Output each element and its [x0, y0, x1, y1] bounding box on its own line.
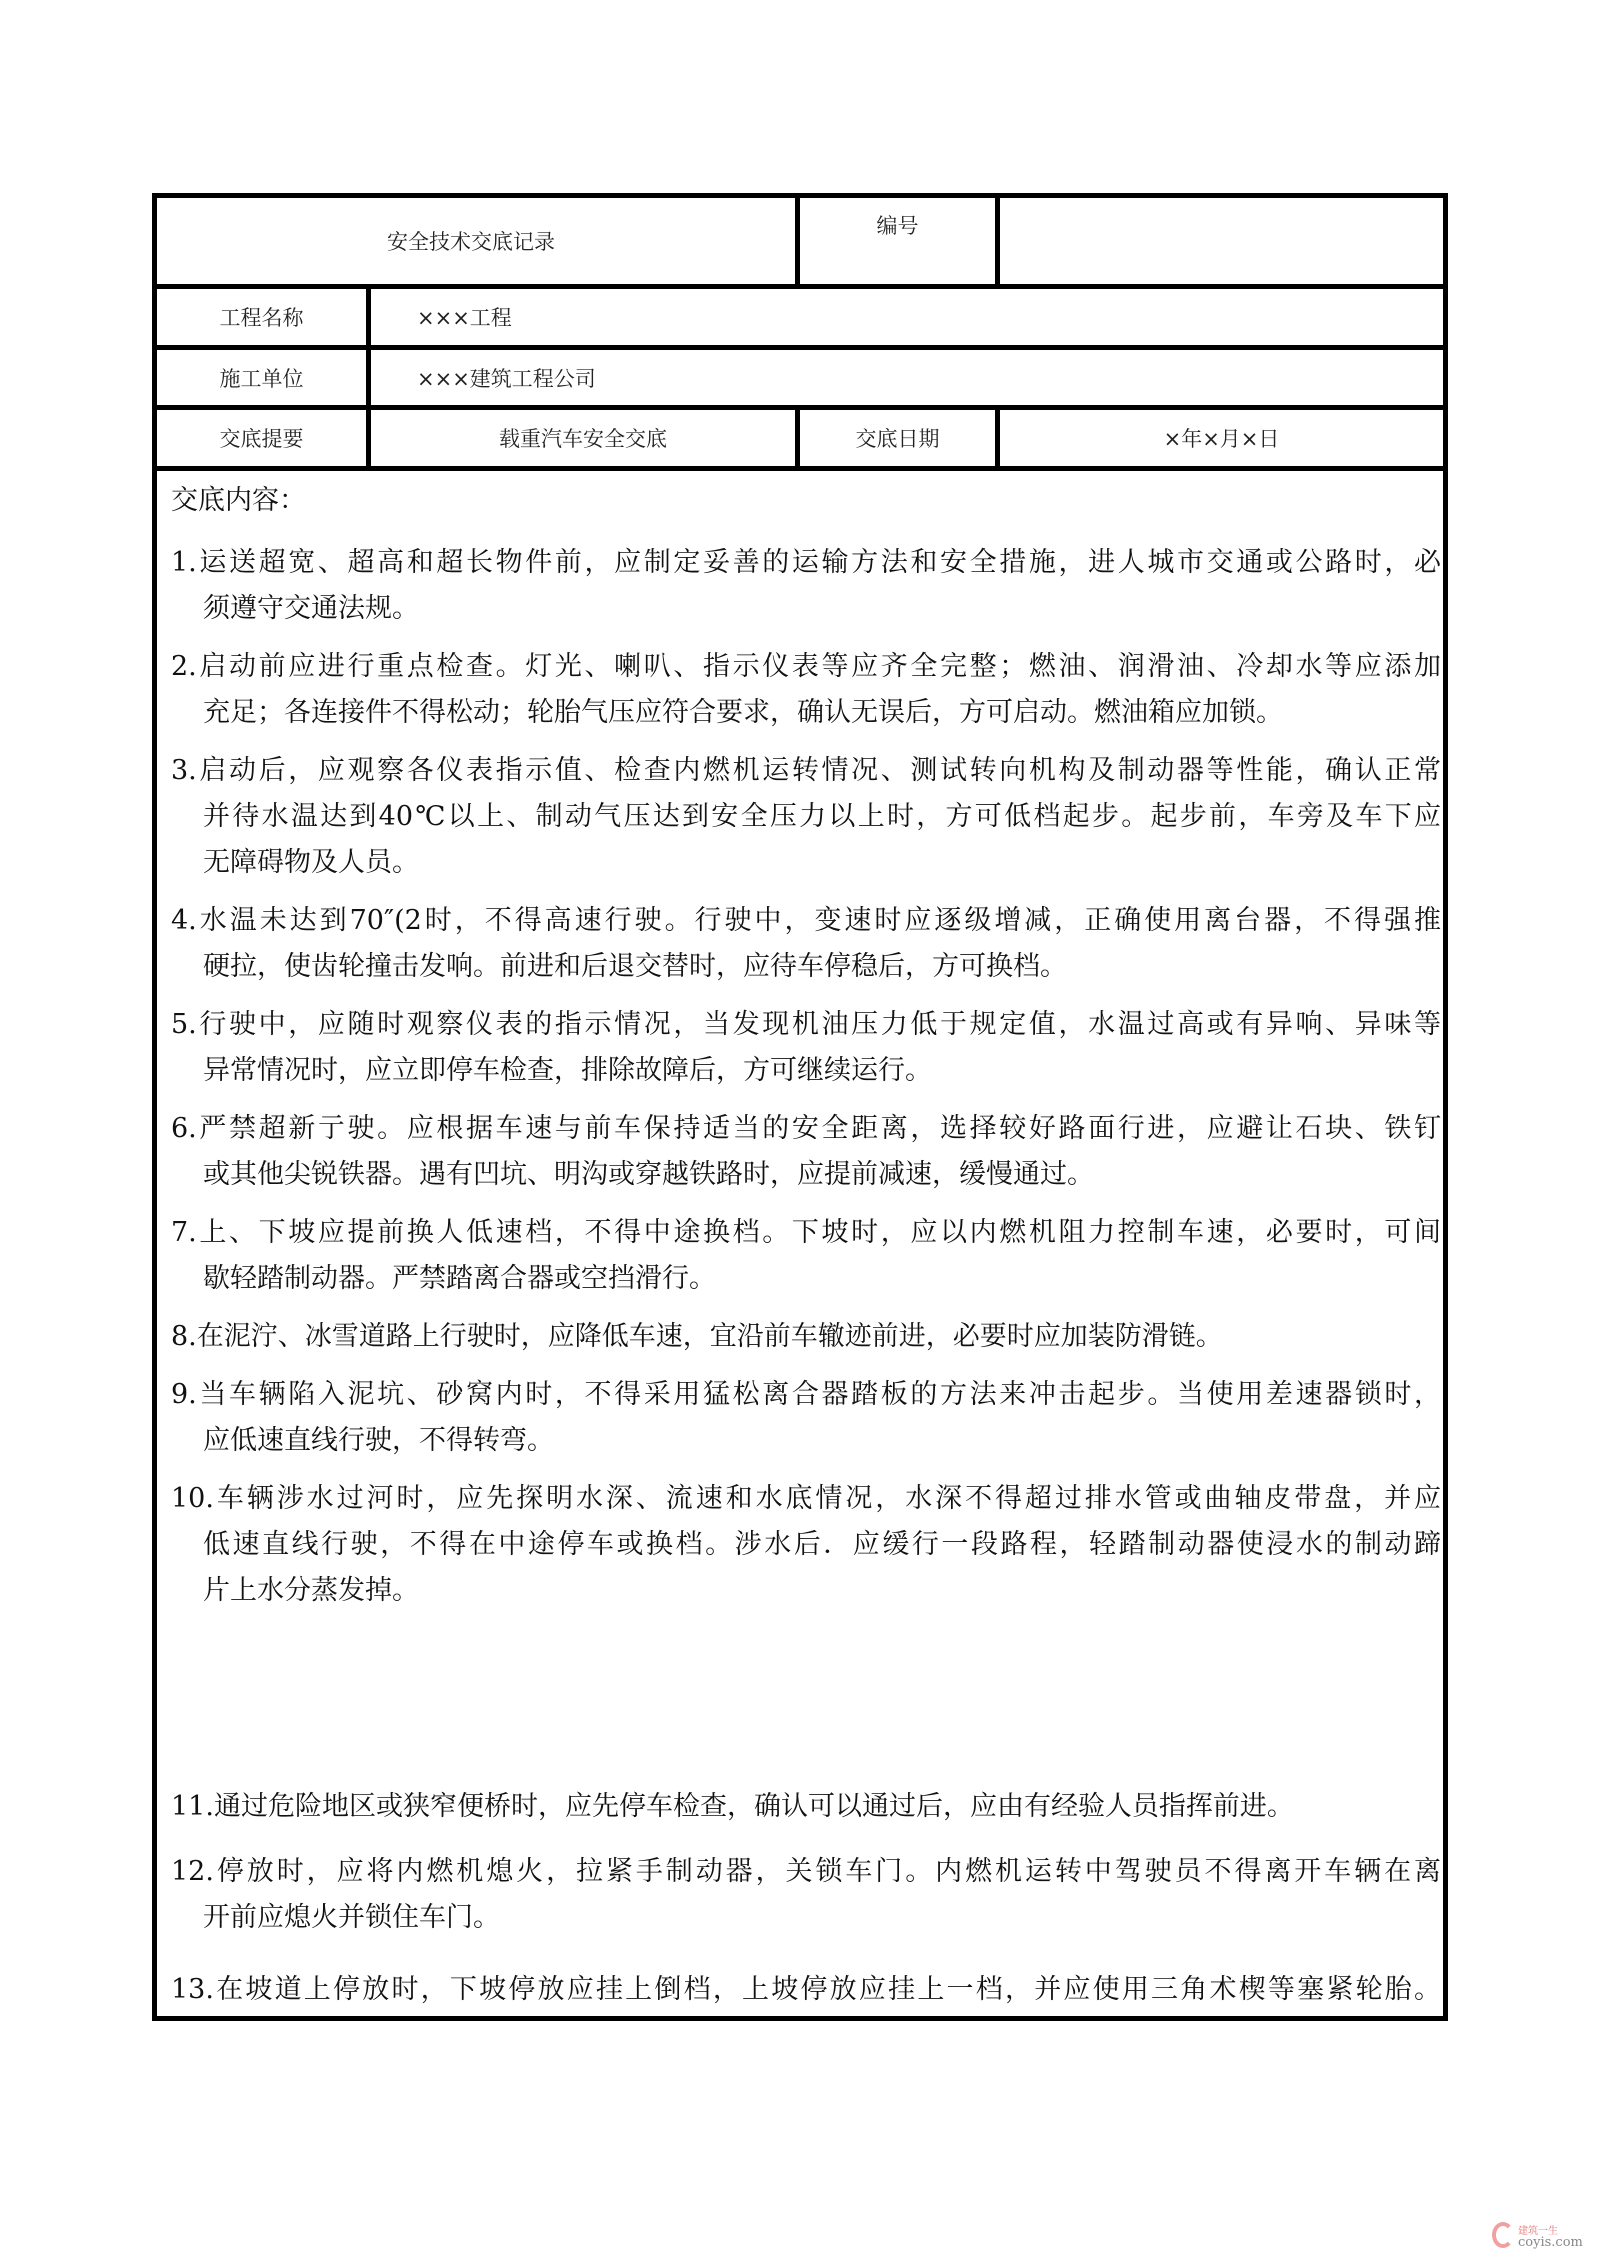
date-value: ×年×月×日 [1000, 410, 1443, 466]
coyis-logo-icon [1492, 2222, 1514, 2248]
item-line: 充足；各连接件不得松动；轮胎气压应符合要求，确认无误后，方可启动。燃油箱应加锁。 [171, 690, 1441, 736]
item-line: 4.水温未达到70″(2时，不得高速行驶。行驶中，变速时应逐级增减，正确使用离台… [171, 898, 1441, 944]
item-line: 歇轻踏制动器。严禁踏离合器或空挡滑行。 [171, 1256, 1441, 1302]
document-title-text: 安全技术交底记录 [387, 226, 555, 256]
list-item-8: 8.在泥泞、冰雪道路上行驶时，应降低车速，宜沿前车辙迹前进，必要时应加装防滑链。 [171, 1314, 1441, 1360]
list-item-2: 2.启动前应进行重点检查。灯光、喇叭、指示仪表等应齐全完整；燃油、润滑油、冷却水… [171, 644, 1441, 736]
list-item-13: 13.在坡道上停放时，下坡停放应挂上倒档，上坡停放应挂上一档，并应使用三角术楔等… [171, 1967, 1441, 2013]
list-item-6: 6.严禁超新亍驶。应根据车速与前车保持适当的安全距离，选择较好路面行进，应避让石… [171, 1106, 1441, 1198]
date-label: 交底日期 [800, 410, 995, 466]
item-line: 11.通过危险地区或狭窄便桥时，应先停车检查，确认可以通过后，应由有经验人员指挥… [171, 1784, 1441, 1830]
watermark: 建筑一生 coyis.com [1492, 2222, 1592, 2254]
item-line: 2.启动前应进行重点检查。灯光、喇叭、指示仪表等应齐全完整；燃油、润滑油、冷却水… [171, 644, 1441, 690]
item-line: 5.行驶中，应随时观察仪表的指示情况，当发现机油压力低于规定值，水温过高或有异响… [171, 1002, 1441, 1048]
list-item-3: 3.启动后，应观察各仪表指示值、检查内燃机运转情况、测试转向机构及制动器等性能，… [171, 748, 1441, 886]
number-value[interactable] [1000, 198, 1443, 284]
row-divider [152, 466, 1448, 471]
item-line: 7.上、下坡应提前换人低速档，不得中途换档。下坡时，应以内燃机阻力控制车速，必要… [171, 1210, 1441, 1256]
item-line: 并待水温达到40℃以上、制动气压达到安全压力以上时，方可低档起步。起步前，车旁及… [171, 794, 1441, 840]
item-line: 开前应熄火并锁住车门。 [171, 1895, 1441, 1941]
item-line: 硬拉，使齿轮撞击发响。前进和后退交替时，应待车停稳后，方可换档。 [171, 944, 1441, 990]
item-line: 12.停放时，应将内燃机熄火，拉紧手制动器，关锁车门。内燃机运转中驾驶员不得离开… [171, 1849, 1441, 1895]
item-line: 8.在泥泞、冰雪道路上行驶时，应降低车速，宜沿前车辙迹前进，必要时应加装防滑链。 [171, 1314, 1441, 1360]
item-line: 片上水分蒸发掉。 [171, 1568, 1441, 1614]
list-item-5: 5.行驶中，应随时观察仪表的指示情况，当发现机油压力低于规定值，水温过高或有异响… [171, 1002, 1441, 1094]
contractor-label: 施工单位 [157, 350, 366, 405]
content-heading: 交底内容： [171, 478, 306, 524]
item-line: 6.严禁超新亍驶。应根据车速与前车保持适当的安全距离，选择较好路面行进，应避让石… [171, 1106, 1441, 1152]
project-name-value: ×××工程 [371, 289, 1443, 345]
project-name-label: 工程名称 [157, 289, 366, 345]
item-line: 无障碍物及人员。 [171, 840, 1441, 886]
document-title: 安全技术交底记录 [157, 198, 795, 284]
item-line: 1.运送超宽、超高和超长物件前，应制定妥善的运输方法和安全措施，进人城市交通或公… [171, 540, 1441, 586]
list-item-4: 4.水温未达到70″(2时，不得高速行驶。行驶中，变速时应逐级增减，正确使用离台… [171, 898, 1441, 990]
list-item-1: 1.运送超宽、超高和超长物件前，应制定妥善的运输方法和安全措施，进人城市交通或公… [171, 540, 1441, 632]
summary-label: 交底提要 [157, 410, 366, 466]
item-line: 须遵守交通法规。 [171, 586, 1441, 632]
list-item-11: 11.通过危险地区或狭窄便桥时，应先停车检查，确认可以通过后，应由有经验人员指挥… [171, 1784, 1441, 1830]
item-line: 低速直线行驶，不得在中途停车或换档。涉水后．应缓行一段路程，轻踏制动器使浸水的制… [171, 1522, 1441, 1568]
number-label: 编号 [800, 198, 995, 284]
summary-value: 载重汽车安全交底 [371, 410, 795, 466]
item-line: 3.启动后，应观察各仪表指示值、检查内燃机运转情况、测试转向机构及制动器等性能，… [171, 748, 1441, 794]
contractor-value: ×××建筑工程公司 [371, 350, 1443, 405]
item-line: 应低速直线行驶，不得转弯。 [171, 1418, 1441, 1464]
item-line: 10.车辆涉水过河时，应先探明水深、流速和水底情况，水深不得超过排水管或曲轴皮带… [171, 1476, 1441, 1522]
list-item-12: 12.停放时，应将内燃机熄火，拉紧手制动器，关锁车门。内燃机运转中驾驶员不得离开… [171, 1849, 1441, 1941]
list-item-10: 10.车辆涉水过河时，应先探明水深、流速和水底情况，水深不得超过排水管或曲轴皮带… [171, 1476, 1441, 1614]
item-line: 或其他尖锐铁器。遇有凹坑、明沟或穿越铁路时，应提前减速，缓慢通过。 [171, 1152, 1441, 1198]
list-item-9: 9.当车辆陷入泥坑、砂窝内时，不得采用猛松离合器踏板的方法来冲击起步。当使用差速… [171, 1372, 1441, 1464]
document-page: 安全技术交底记录 编号 工程名称 ×××工程 施工单位 ×××建筑工程公司 交底… [0, 0, 1600, 2262]
list-item-7: 7.上、下坡应提前换人低速档，不得中途换档。下坡时，应以内燃机阻力控制车速，必要… [171, 1210, 1441, 1302]
item-line: 异常情况时，应立即停车检查，排除故障后，方可继续运行。 [171, 1048, 1441, 1094]
watermark-brand-en: coyis.com [1518, 2235, 1583, 2250]
item-line: 9.当车辆陷入泥坑、砂窝内时，不得采用猛松离合器踏板的方法来冲击起步。当使用差速… [171, 1372, 1441, 1418]
item-line: 13.在坡道上停放时，下坡停放应挂上倒档，上坡停放应挂上一档，并应使用三角术楔等… [171, 1967, 1441, 2013]
